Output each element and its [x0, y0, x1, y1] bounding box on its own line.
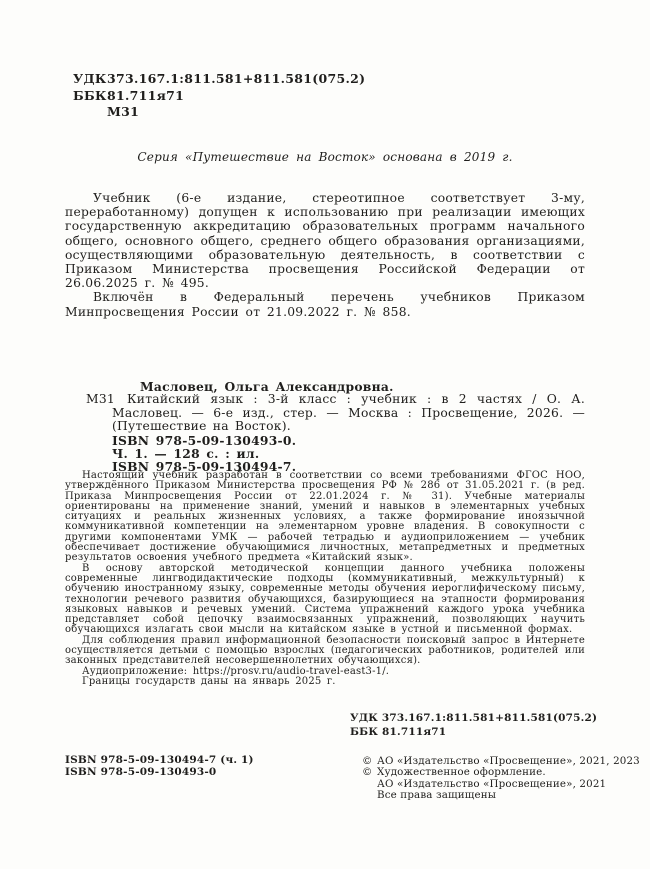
annotation-block: Настоящий учебник разработан в соответст…	[65, 471, 585, 687]
copyright-text: Все права защищены	[377, 789, 496, 801]
annotation-paragraph: В основу авторской методической концепци…	[65, 564, 585, 636]
footer-copyright-block: ©АО «Издательство «Просвещение», 2021, 2…	[362, 756, 640, 802]
bbk-bottom: ББК 81.711я71	[350, 726, 597, 740]
bbk-value: 81.711я71	[107, 88, 184, 103]
copyright-text: АО «Издательство «Просвещение», 2021, 20…	[377, 755, 640, 767]
copyright-symbol: ©	[362, 767, 377, 778]
author-sign-top: М31	[107, 104, 139, 119]
footer-isbn-block: ISBN 978-5-09-130494-7 (ч. 1) ISBN 978-5…	[65, 754, 254, 778]
series-note: Серия «Путешествие на Восток» основана в…	[65, 150, 585, 164]
classification-codes-bottom: УДК 373.167.1:811.581+811.581(075.2) ББК…	[350, 712, 597, 739]
bib-description-row: М31Китайский язык : 3-й класс : учебник …	[112, 393, 585, 433]
book-imprint-page: УДК373.167.1:811.581+811.581(075.2) ББК8…	[0, 0, 650, 869]
bib-part-line: Ч. 1. — 128 с. : ил.	[112, 447, 585, 460]
footer-isbn-line: ISBN 978-5-09-130494-7 (ч. 1)	[65, 754, 254, 766]
udk-bottom: УДК 373.167.1:811.581+811.581(075.2)	[350, 712, 597, 726]
bib-description: Китайский язык : 3-й класс : учебник : в…	[112, 392, 585, 433]
udk-value: 373.167.1:811.581+811.581(075.2)	[107, 71, 365, 86]
bib-isbn-line: ISBN 978-5-09-130493-0.	[112, 434, 585, 447]
bbk-label: ББК	[73, 88, 107, 105]
bib-author: Масловец, Ольга Александровна.	[112, 380, 585, 393]
admission-paragraph-1: Учебник (6-е издание, стереотипное соотв…	[65, 191, 585, 290]
borders-note-line: Границы государств даны на январь 2025 г…	[65, 677, 585, 687]
footer-isbn-line: ISBN 978-5-09-130493-0	[65, 766, 254, 778]
udk-label: УДК	[73, 71, 107, 88]
copyright-text: Художественное оформление.	[377, 766, 546, 778]
author-sign: М31	[86, 393, 115, 406]
annotation-paragraph: Для соблюдения правил информационной без…	[65, 636, 585, 667]
admission-block: Учебник (6-е издание, стереотипное соотв…	[65, 191, 585, 319]
bibliographic-record: Масловец, Ольга Александровна. М31Китайс…	[112, 380, 585, 474]
copyright-text: АО «Издательство «Просвещение», 2021	[377, 778, 606, 790]
bbk-row: ББК81.711я71	[73, 88, 365, 105]
copyright-line: Все права защищены	[362, 790, 640, 801]
admission-paragraph-2: Включён в Федеральный перечень учебников…	[65, 290, 585, 318]
classification-codes-top: УДК373.167.1:811.581+811.581(075.2) ББК8…	[73, 71, 365, 121]
author-sign-row: М31	[73, 104, 365, 121]
udk-row: УДК373.167.1:811.581+811.581(075.2)	[73, 71, 365, 88]
annotation-paragraph: Настоящий учебник разработан в соответст…	[65, 471, 585, 564]
